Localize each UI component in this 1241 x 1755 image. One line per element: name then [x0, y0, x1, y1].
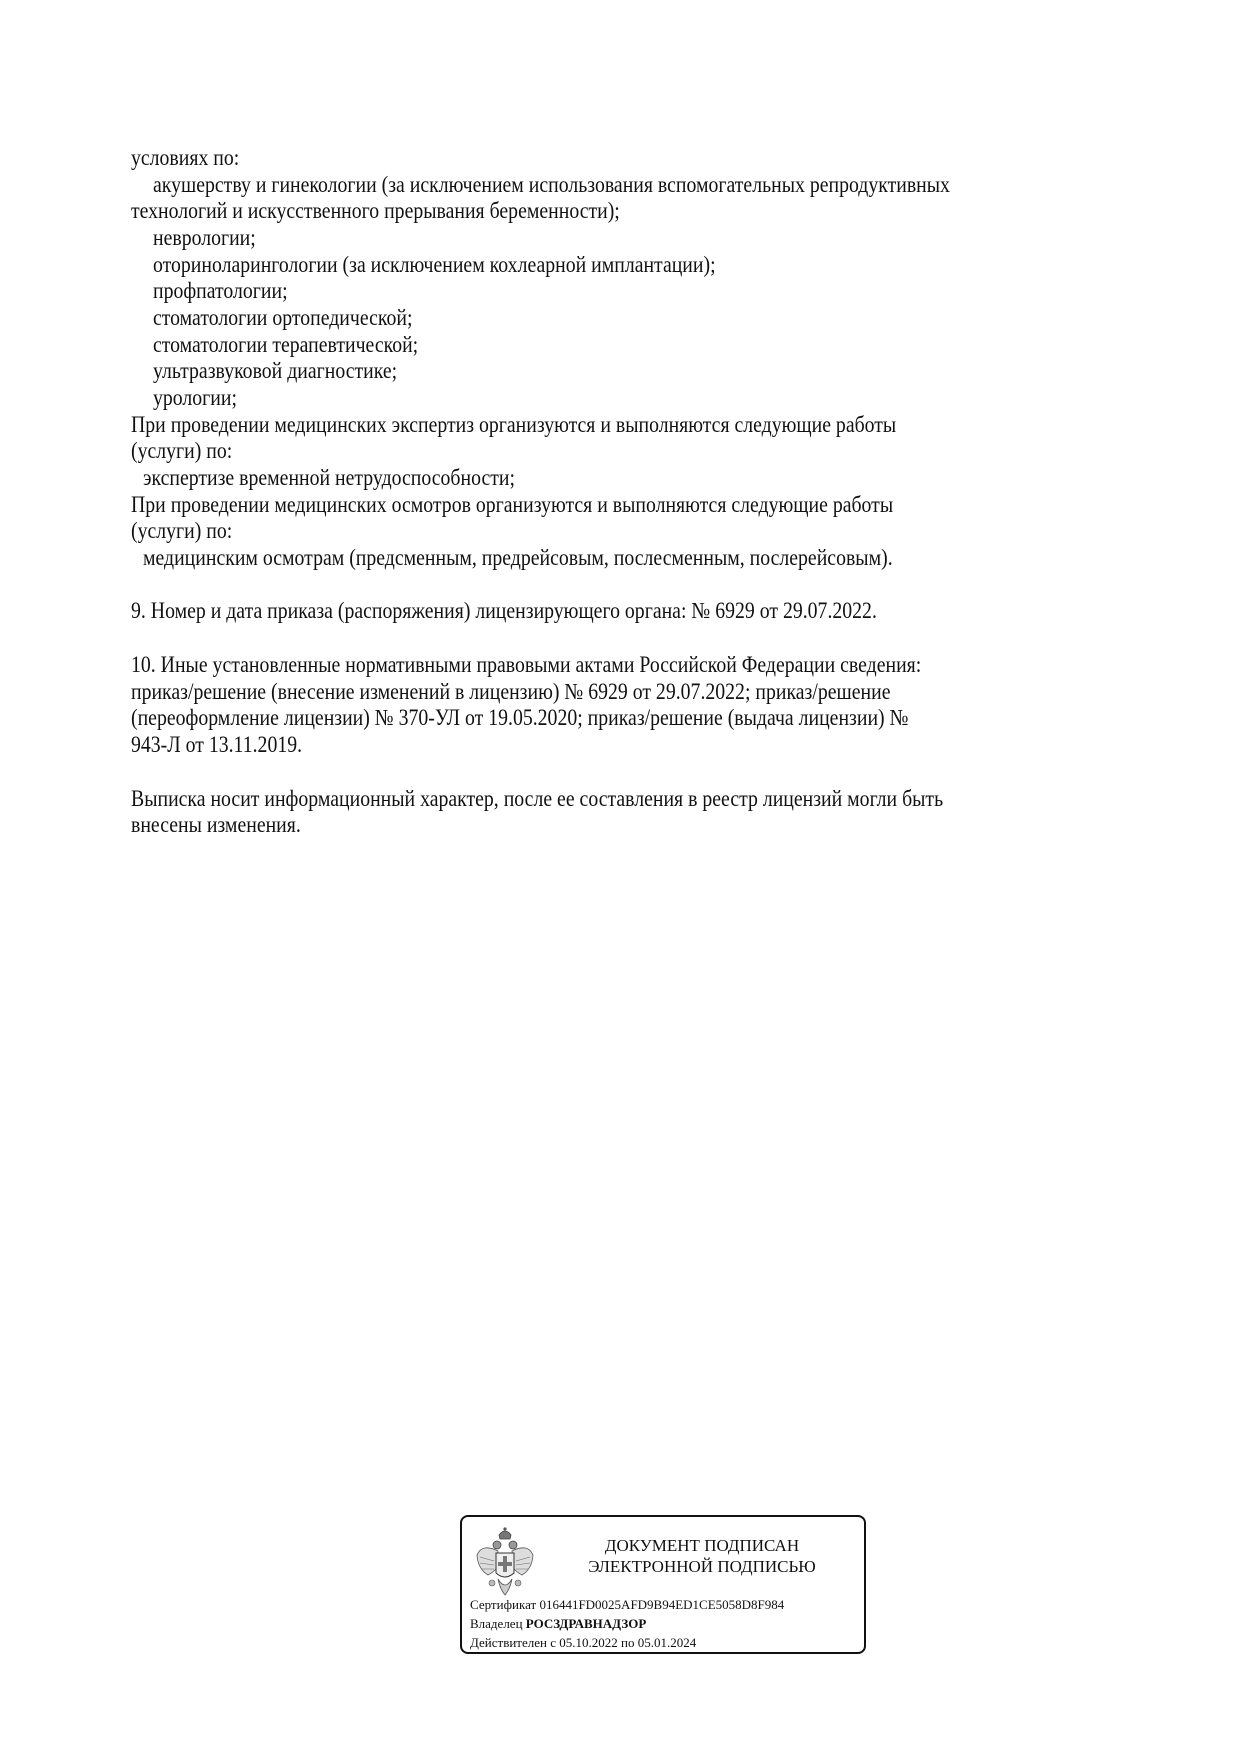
text-line: технологий и искусственного прерывания б… — [131, 199, 620, 222]
section-9: 9. Номер и дата приказа (распоряжения) л… — [131, 599, 877, 622]
text-line: экспертизе временной нетрудоспособности; — [143, 466, 515, 489]
coat-of-arms-icon — [474, 1525, 536, 1605]
text-line: профпатологии; — [153, 279, 288, 302]
stamp-title-line-2: ЭЛЕКТРОННОЙ ПОДПИСЬЮ — [562, 1556, 842, 1577]
section-10-line: 943-Л от 13.11.2019. — [131, 733, 302, 756]
text-line: оториноларингологии (за исключением кохл… — [153, 253, 716, 276]
text-line: урологии; — [153, 386, 237, 409]
text-line: (услуги) по: — [131, 519, 232, 542]
owner-label: Владелец — [470, 1616, 523, 1631]
certificate-row: Сертификат 016441FD0025AFD9B94ED1CE5058D… — [470, 1597, 784, 1613]
validity-row: Действителен с 05.10.2022 по 05.01.2024 — [470, 1635, 696, 1651]
section-10-line: (переоформление лицензии) № 370-УЛ от 19… — [131, 706, 908, 729]
text-line: стоматологии ортопедической; — [153, 306, 412, 329]
certificate-label: Сертификат — [470, 1597, 536, 1612]
text-line: ультразвуковой диагностике; — [153, 359, 397, 382]
text-line: медицинским осмотрам (предсменным, предр… — [143, 546, 893, 569]
document-page: условиях по: акушерству и гинекологии (з… — [0, 0, 1241, 1755]
text-line: акушерству и гинекологии (за исключением… — [153, 173, 950, 196]
stamp-title: ДОКУМЕНТ ПОДПИСАН ЭЛЕКТРОННОЙ ПОДПИСЬЮ — [562, 1535, 842, 1577]
certificate-value: 016441FD0025AFD9B94ED1CE5058D8F984 — [539, 1597, 784, 1612]
section-10-line: 10. Иные установленные нормативными прав… — [131, 653, 921, 676]
electronic-signature-stamp: ДОКУМЕНТ ПОДПИСАН ЭЛЕКТРОННОЙ ПОДПИСЬЮ С… — [460, 1515, 866, 1654]
section-10-line: приказ/решение (внесение изменений в лиц… — [131, 680, 890, 703]
text-line: (услуги) по: — [131, 439, 232, 462]
owner-value: РОСЗДРАВНАДЗОР — [526, 1616, 647, 1631]
text-line: условиях по: — [131, 146, 239, 169]
text-line: неврологии; — [153, 226, 256, 249]
text-line: стоматологии терапевтической; — [153, 333, 418, 356]
disclaimer-line: внесены изменения. — [131, 813, 301, 836]
disclaimer-line: Выписка носит информационный характер, п… — [131, 787, 943, 810]
owner-row: Владелец РОСЗДРАВНАДЗОР — [470, 1616, 646, 1632]
text-line: При проведении медицинских осмотров орга… — [131, 493, 893, 516]
stamp-title-line-1: ДОКУМЕНТ ПОДПИСАН — [562, 1535, 842, 1556]
text-line: При проведении медицинских экспертиз орг… — [131, 413, 896, 436]
